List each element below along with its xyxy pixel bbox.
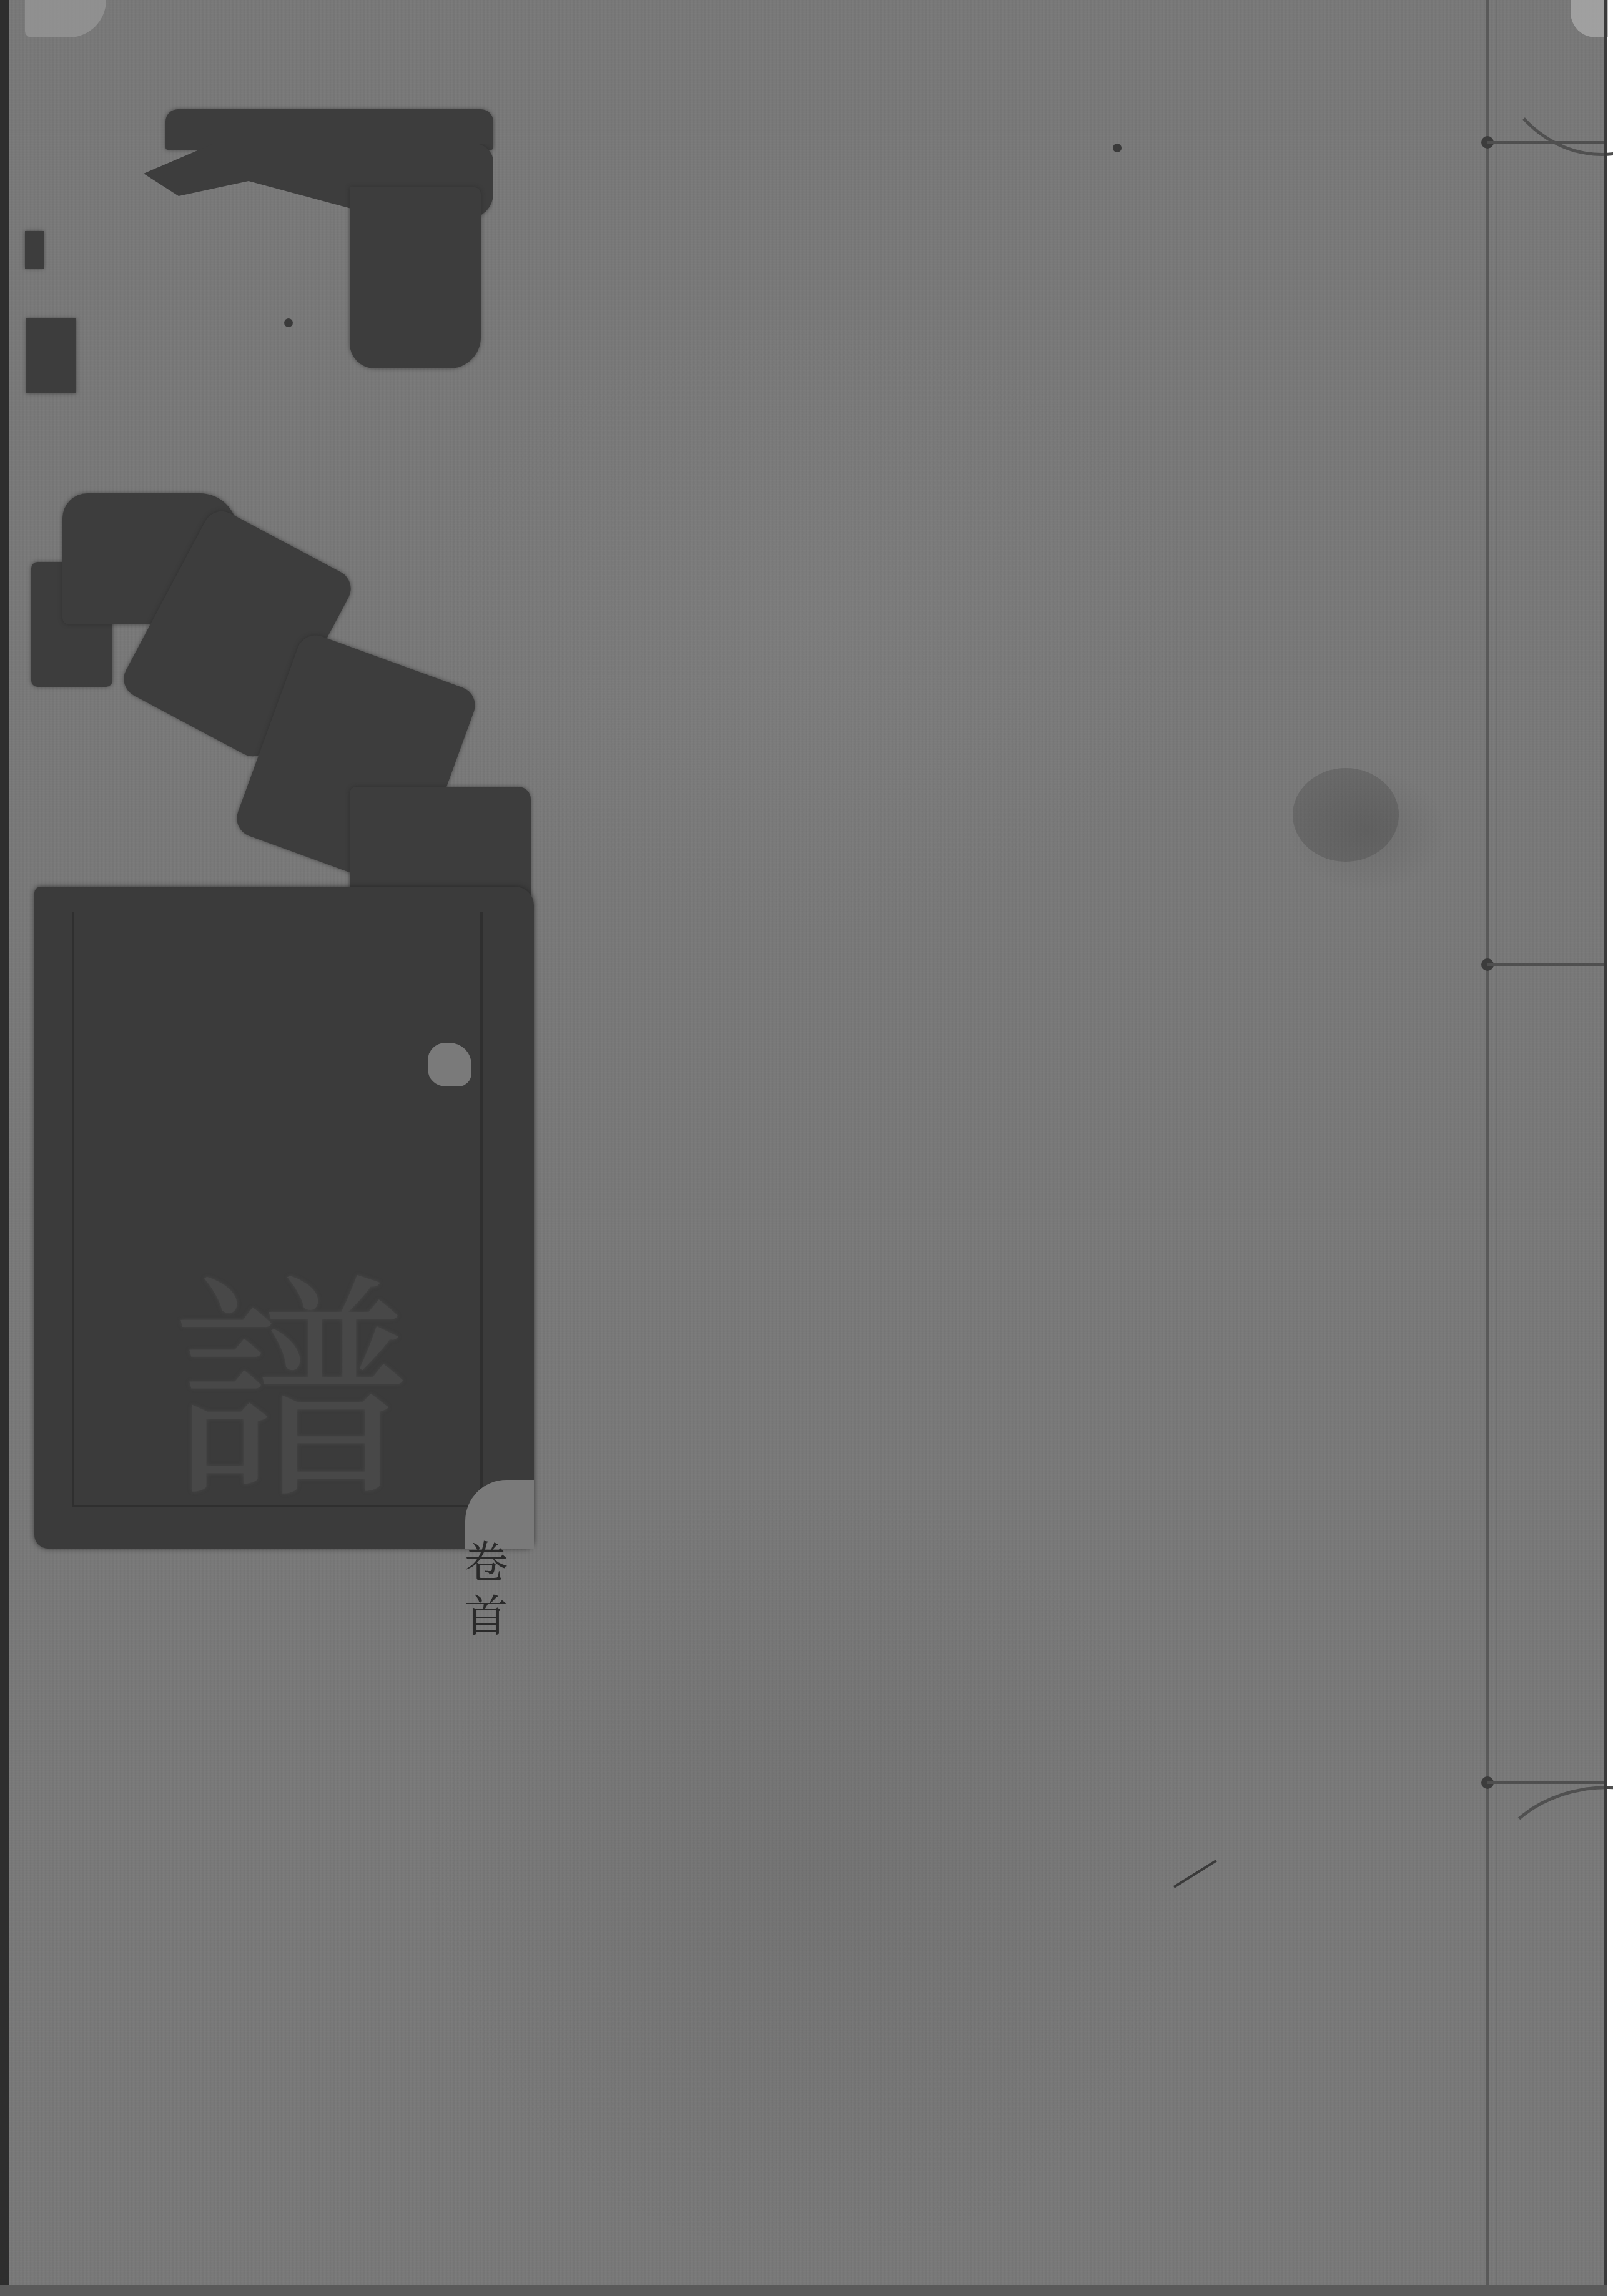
page-edge-bottom [0, 2285, 1607, 2296]
spot [284, 318, 293, 327]
worn-corner-top-left [25, 0, 106, 37]
corner-stitch-curve [1486, 1786, 1613, 1979]
title-label: 譜 [34, 887, 534, 1549]
stain [1293, 768, 1399, 862]
spot [1113, 144, 1122, 152]
volume-mark: 卷首 [448, 1539, 505, 1647]
label-character: 譜 [172, 1274, 409, 1511]
binding-spine-line [1496, 0, 1497, 2296]
page-edge-left [0, 0, 9, 2296]
label-fragment-edge [26, 318, 76, 393]
book-cover: 譜 卷首 [0, 0, 1607, 2296]
label-fragment-edge [25, 231, 44, 269]
label-fragment-top [350, 187, 481, 368]
stitch-thread [1487, 963, 1607, 966]
binding-spine-line [1486, 0, 1489, 2296]
page-edge-right [1604, 0, 1607, 2296]
corner-stitch-curve [1486, 0, 1613, 156]
scratch-mark [1173, 1860, 1217, 1888]
label-title-text: 譜 [128, 962, 453, 1511]
stitch-thread [1487, 1781, 1607, 1784]
